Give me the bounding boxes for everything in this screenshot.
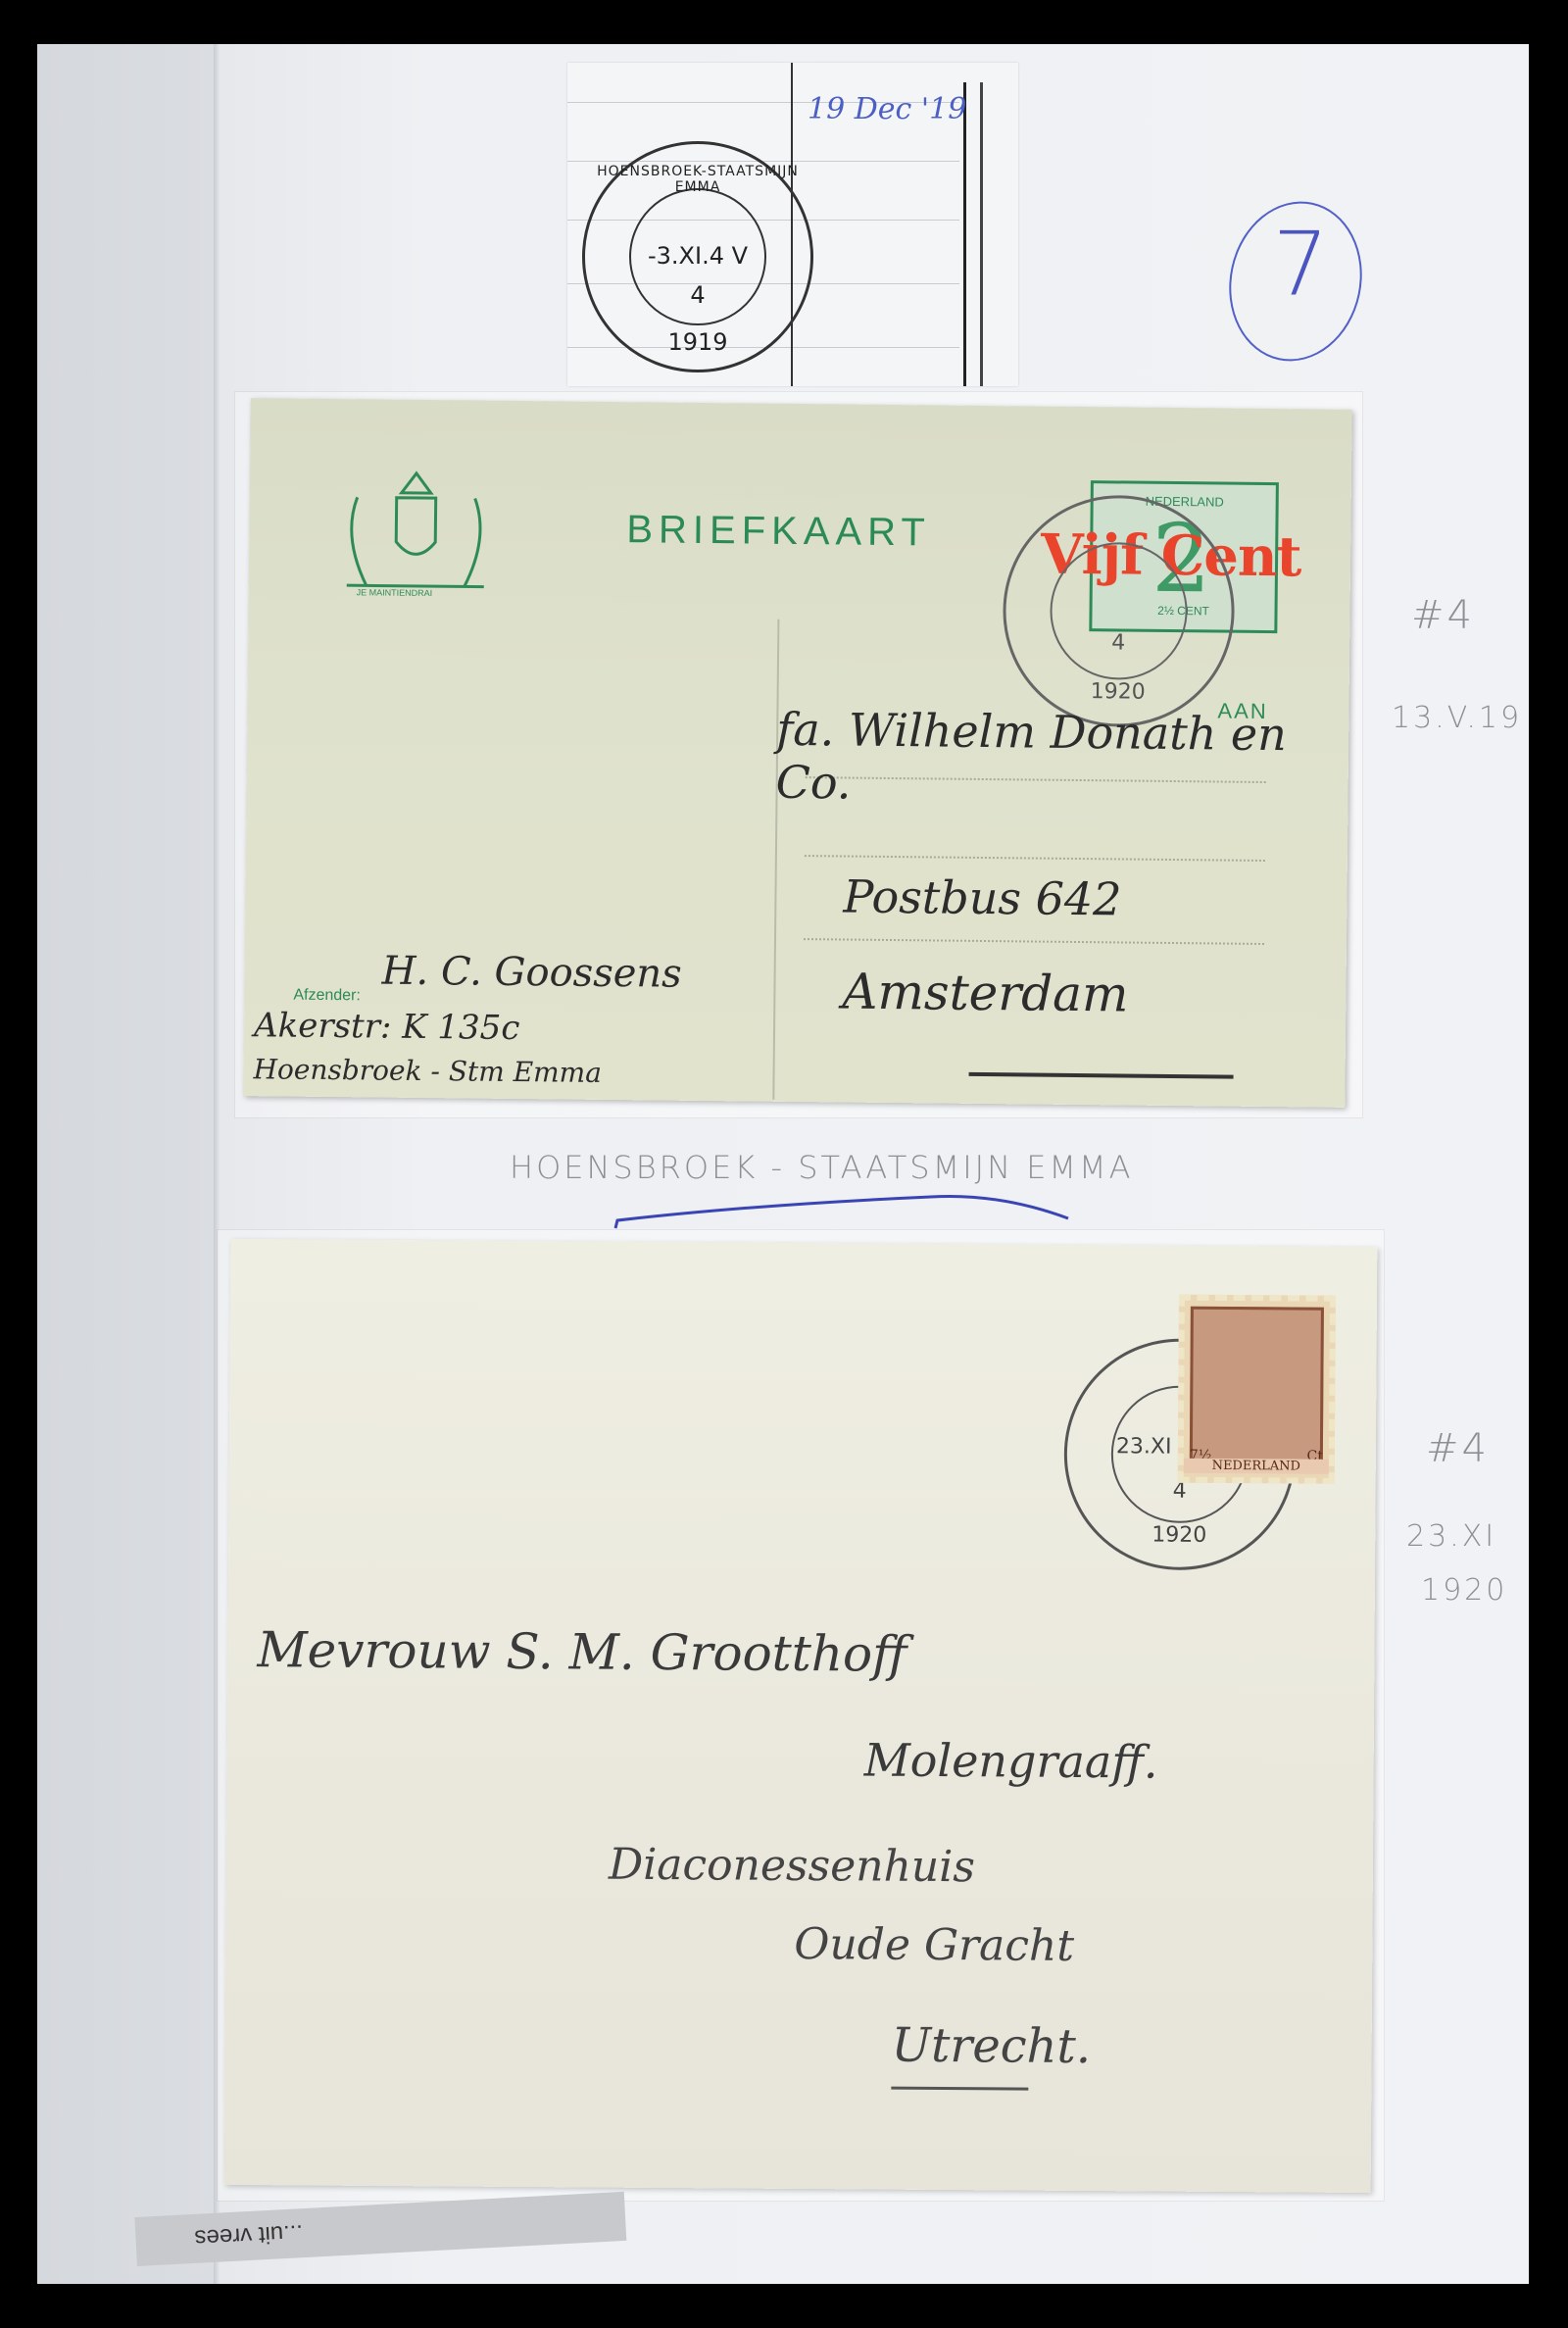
caption-note: HOENSBROEK - STAATSMIJN EMMA (510, 1149, 1134, 1186)
envelope-date-note-1: 23.XI (1406, 1519, 1496, 1554)
sender-label: Afzender: (293, 987, 361, 1006)
envelope-address-2: Molengraaff. (863, 1733, 1157, 1788)
motto: JE MAINTIENDRAI (357, 587, 433, 598)
postmark-clipping: 19 Dec '19 -3.XI.4 V 4 1919 HOENSBROEK-S… (567, 63, 1018, 386)
envelope-underline (891, 2087, 1028, 2091)
card-divider (772, 619, 779, 1100)
address-underline (969, 1072, 1234, 1079)
strip-text: ...uit vrees (194, 2218, 304, 2252)
envelope-date-note-2: 1920 (1421, 1573, 1507, 1608)
postcard-briefkaart: JE MAINTIENDRAI BRIEFKAART NEDERLAND 2 2… (243, 398, 1351, 1108)
card-title: BRIEFKAART (626, 508, 931, 555)
clipping-double-border (963, 82, 983, 386)
postmark-1920-card: 4 1920 (1002, 494, 1235, 727)
page-number: 7 (1273, 214, 1329, 317)
envelope-address-4: Oude Gracht (794, 1919, 1074, 1971)
address-line-1: fa. Wilhelm Donath en Co. (775, 703, 1348, 815)
envelope-address-1: Mevrouw S. M. Grootthoff (257, 1621, 907, 1683)
blue-underline-stroke (608, 1191, 1137, 1235)
postmark-date: -3.XI.4 V (585, 242, 810, 270)
stamp-country: NEDERLAND (1184, 1459, 1329, 1474)
address-line-3: Amsterdam (842, 963, 1129, 1022)
address-line-2: Postbus 642 (843, 869, 1122, 925)
envelope-address-5: Utrecht. (891, 2018, 1091, 2074)
queen-wilhelmina-stamp: 7½ Ct NEDERLAND (1178, 1295, 1336, 1484)
postmark-date: 23.XI (1067, 1434, 1172, 1460)
clipping-date-note: 19 Dec '19 (808, 92, 966, 126)
address-line (804, 938, 1264, 945)
envelope-address-3: Diaconessenhuis (609, 1840, 975, 1893)
card-date-note: 13.V.19 (1392, 701, 1522, 735)
postmark-1919: -3.XI.4 V 4 1919 HOENSBROEK-STAATSMIJN E… (582, 141, 813, 372)
card-ref-note: #4 (1411, 593, 1475, 638)
address-line (805, 855, 1265, 862)
postmark-place: HOENSBROEK-STAATSMIJN EMMA (585, 164, 810, 195)
postmark-year: 1919 (585, 328, 810, 356)
sender-line-3: Hoensbroek - Stm Emma (253, 1053, 602, 1089)
postmark-year: 1920 (1066, 1522, 1292, 1549)
postmark-year: 1920 (1005, 678, 1231, 705)
envelope-ref-note: #4 (1426, 1426, 1490, 1471)
sender-line-1: H. C. Goossens (381, 949, 682, 997)
envelope-cover: 23.XI 4 1920 7½ Ct NEDERLAND Mevrouw S. … (224, 1239, 1378, 2193)
postmark-number: 4 (1005, 629, 1231, 656)
sender-line-2: Akerstr: K 135c (254, 1006, 520, 1048)
coat-of-arms-icon (327, 458, 506, 607)
postmark-number: 4 (585, 281, 810, 309)
